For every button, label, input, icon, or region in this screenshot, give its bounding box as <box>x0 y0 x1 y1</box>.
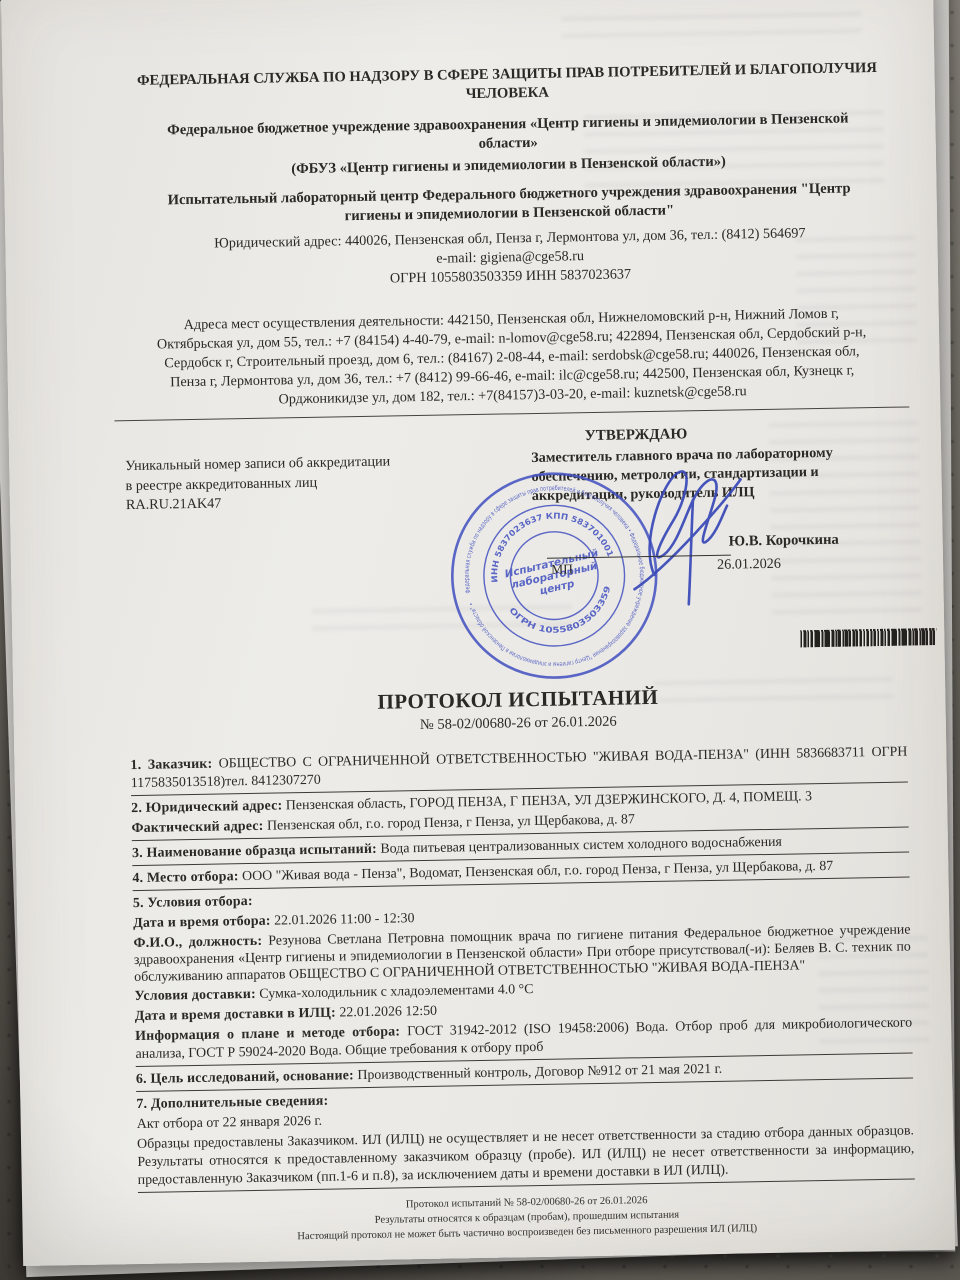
activity-addresses-block: Адреса мест осуществления деятельности: … <box>123 304 902 413</box>
approval-block: УТВЕРЖДАЮ Заместитель главного врача по … <box>531 422 903 509</box>
document-content: ФЕДЕРАЛЬНАЯ СЛУЖБА ПО НАДЗОРУ В СФЕРЕ ЗА… <box>1 0 955 1249</box>
stamp-area-spacer <box>126 502 906 694</box>
accreditation-block: Уникальный номер записи об аккредитации … <box>125 451 506 516</box>
photo-background: ФЕДЕРАЛЬНАЯ СЛУЖБА ПО НАДЗОРУ В СФЕРЕ ЗА… <box>0 0 960 1280</box>
accreditation-approval-row: Уникальный номер записи об аккредитации … <box>125 422 903 516</box>
section-disclaimer: Образцы предоставлены Заказчиком. ИЛ (ИЛ… <box>137 1122 915 1193</box>
legal-address-block: Юридический адрес: 440026, Пензенская об… <box>121 223 899 294</box>
page-footer: Протокол испытаний № 58-02/00680-26 от 2… <box>138 1188 916 1247</box>
document-page: ФЕДЕРАЛЬНАЯ СЛУЖБА ПО НАДЗОРУ В СФЕРЕ ЗА… <box>1 0 955 1266</box>
laboratory-name: Испытательный лабораторный центр Федерал… <box>120 179 898 231</box>
protocol-sections: 1. Заказчик: ОБЩЕСТВО С ОГРАНИЧЕННОЙ ОТВ… <box>130 743 914 1192</box>
agency-name: ФЕДЕРАЛЬНАЯ СЛУЖБА ПО НАДЗОРУ В СФЕРЕ ЗА… <box>118 59 896 111</box>
